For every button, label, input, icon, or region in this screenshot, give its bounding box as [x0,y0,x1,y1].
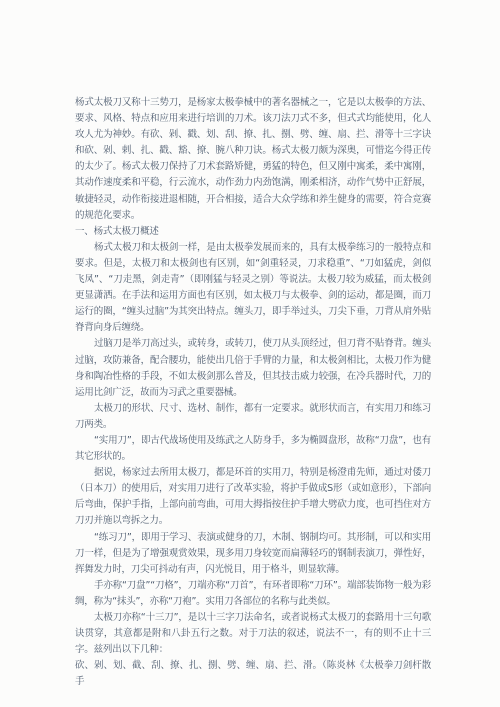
paragraph-closing-line: 砍、剁、划、截、刮、撩、扎、捌、劈、缠、扇、拦、滑。（陈炎林《太极拳刀剑杆散手 [75,658,431,690]
document-page: 杨式太极刀又称十三势刀，是杨家太极拳械中的著名器械之一，它是以太极拳的方法、要求… [0,0,500,707]
paragraph-intro: 杨式太极刀又称十三势刀，是杨家太极拳械中的著名器械之一，它是以太极拳的方法、要求… [75,95,431,224]
paragraph: 据说，杨家过去所用太极刀，都是环首的实用刀，特别是杨澄甫先师，通过对倭刀（日本刀… [75,465,431,529]
article-text: 杨式太极刀又称十三势刀，是杨家太极拳械中的著名器械之一，它是以太极拳的方法、要求… [75,95,431,690]
paragraph: 杨式太极刀和太极剑一样，是由太极拳发展而来的，具有太极拳练习的一般特点和要求。但… [75,240,431,337]
paragraph: 太极刀的形状、尺寸、选材、制作，都有一定要求。就形状而言，有实用刀和练习刀两类。 [75,401,431,433]
paragraph: 过脑刀是举刀高过头，或转身，或转刀，使刀从头顶经过，但刀背不贴脊背。缠头过脑，攻… [75,336,431,400]
paragraph: “实用刀”，即古代战场使用及练武之人防身手，多为椭圆盘形，故称“刀盘”，也有其它… [75,433,431,465]
paragraph: 手亦称“刀盘”“刀格”，刀端亦称“刀首”，有环者即称“刀环”。端部装饰物一般为彩… [75,578,431,610]
paragraph: “练习刀”，即用于学习、表演或健身的刀，木制、钢制均可。其形制，可以和实用刀一样… [75,530,431,578]
section-heading: 一、杨式太极刀概述 [75,224,431,240]
paragraph: 太极刀亦称“十三刀”，是以十三字刀法命名，或者说杨式太极刀的套路用十三句歌诀贯穿… [75,610,431,658]
